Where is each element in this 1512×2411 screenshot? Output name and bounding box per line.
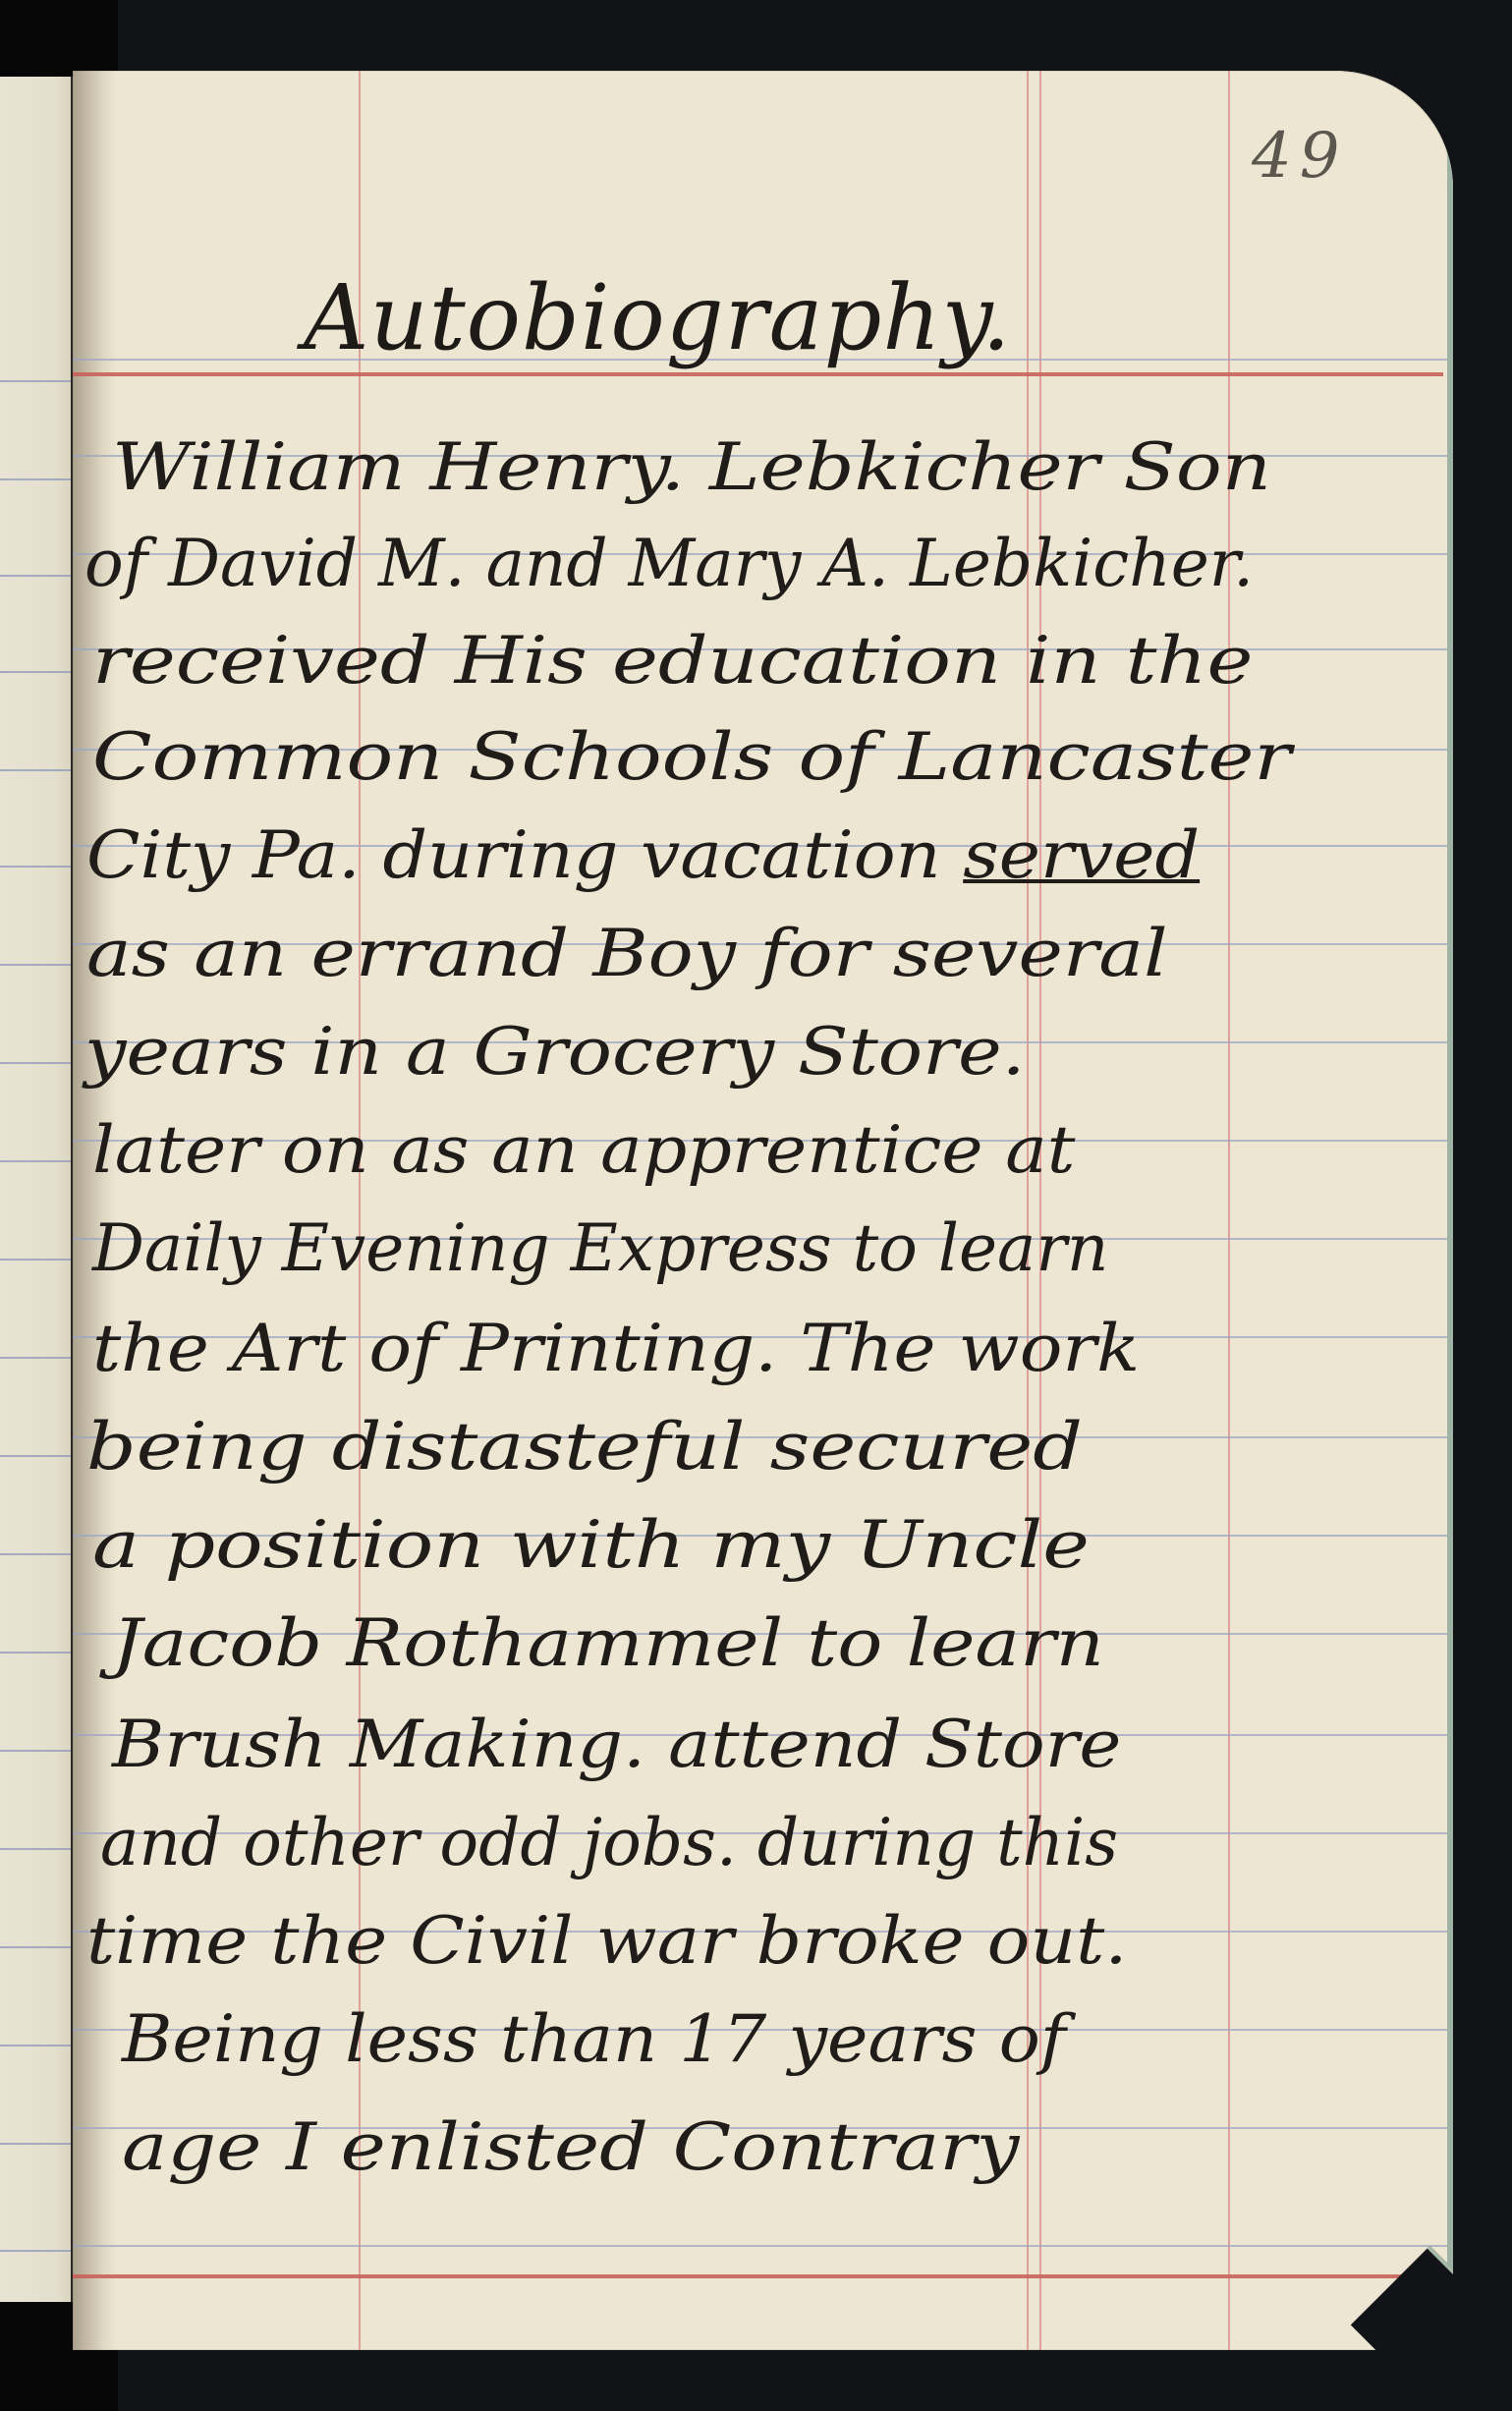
ruled-line (0, 1652, 71, 1654)
text-line: Jacob Rothammel to learn (112, 1605, 1104, 1681)
text-line: of David M. and Mary A. Lebkicher. (84, 526, 1254, 601)
text-line: being distasteful secured (86, 1409, 1083, 1485)
ruled-line (0, 1160, 71, 1162)
text-line: Common Schools of Lancaster (92, 719, 1291, 795)
text-line: the Art of Printing. The work (92, 1311, 1140, 1386)
text-line: City Pa. during vacation served (86, 817, 1200, 893)
page-edge (1447, 149, 1453, 2291)
ruled-line (0, 2045, 71, 2047)
ruled-line (0, 671, 71, 673)
ruled-line (0, 1553, 71, 1555)
margin-line-right (1228, 71, 1230, 2350)
ruled-line (0, 1750, 71, 1752)
ruled-line (0, 866, 71, 868)
text-line: and other odd jobs. during this (100, 1805, 1118, 1880)
text-line: a position with my Uncle (92, 1507, 1090, 1583)
notebook-page: 49 Autobiography. William Henry. Lebkich… (73, 71, 1453, 2350)
ruled-line (0, 769, 71, 771)
text-line: Being less than 17 years of (122, 2001, 1066, 2077)
ruled-line (0, 1946, 71, 1948)
ruled-line (0, 478, 71, 480)
text-line: time the Civil war broke out. (86, 1903, 1127, 1979)
text-line: age I enlisted Contrary (122, 2109, 1020, 2185)
ruled-line (0, 964, 71, 966)
text-line: William Henry. Lebkicher Son (112, 429, 1271, 505)
text-line: Daily Evening Express to learn (92, 1210, 1108, 1286)
text-segment: City Pa. during vacation (86, 817, 963, 893)
page-title: Autobiography. (304, 265, 1012, 370)
text-line: Brush Making. attend Store (112, 1707, 1121, 1782)
clipped-corner (1351, 2246, 1453, 2350)
ruled-line (0, 2143, 71, 2145)
ruled-line (0, 1848, 71, 1850)
ruled-line (0, 2250, 71, 2252)
ruled-line (0, 575, 71, 577)
page-number: 49 (1252, 120, 1347, 193)
text-line: later on as an apprentice at (92, 1112, 1075, 1188)
underlined-word: served (963, 817, 1200, 893)
ruled-line (0, 1357, 71, 1359)
header-rule (73, 372, 1443, 376)
ruled-line (0, 1455, 71, 1457)
ruled-line (0, 1062, 71, 1064)
ruled-line (0, 380, 71, 382)
text-line: received His education in the (92, 623, 1253, 699)
text-line: years in a Grocery Store. (84, 1014, 1026, 1090)
facing-page-edge (0, 77, 73, 2302)
text-line: as an errand Boy for several (86, 916, 1168, 991)
ruled-line (73, 2245, 1453, 2247)
footer-rule (73, 2274, 1443, 2278)
ruled-line (0, 1259, 71, 1261)
